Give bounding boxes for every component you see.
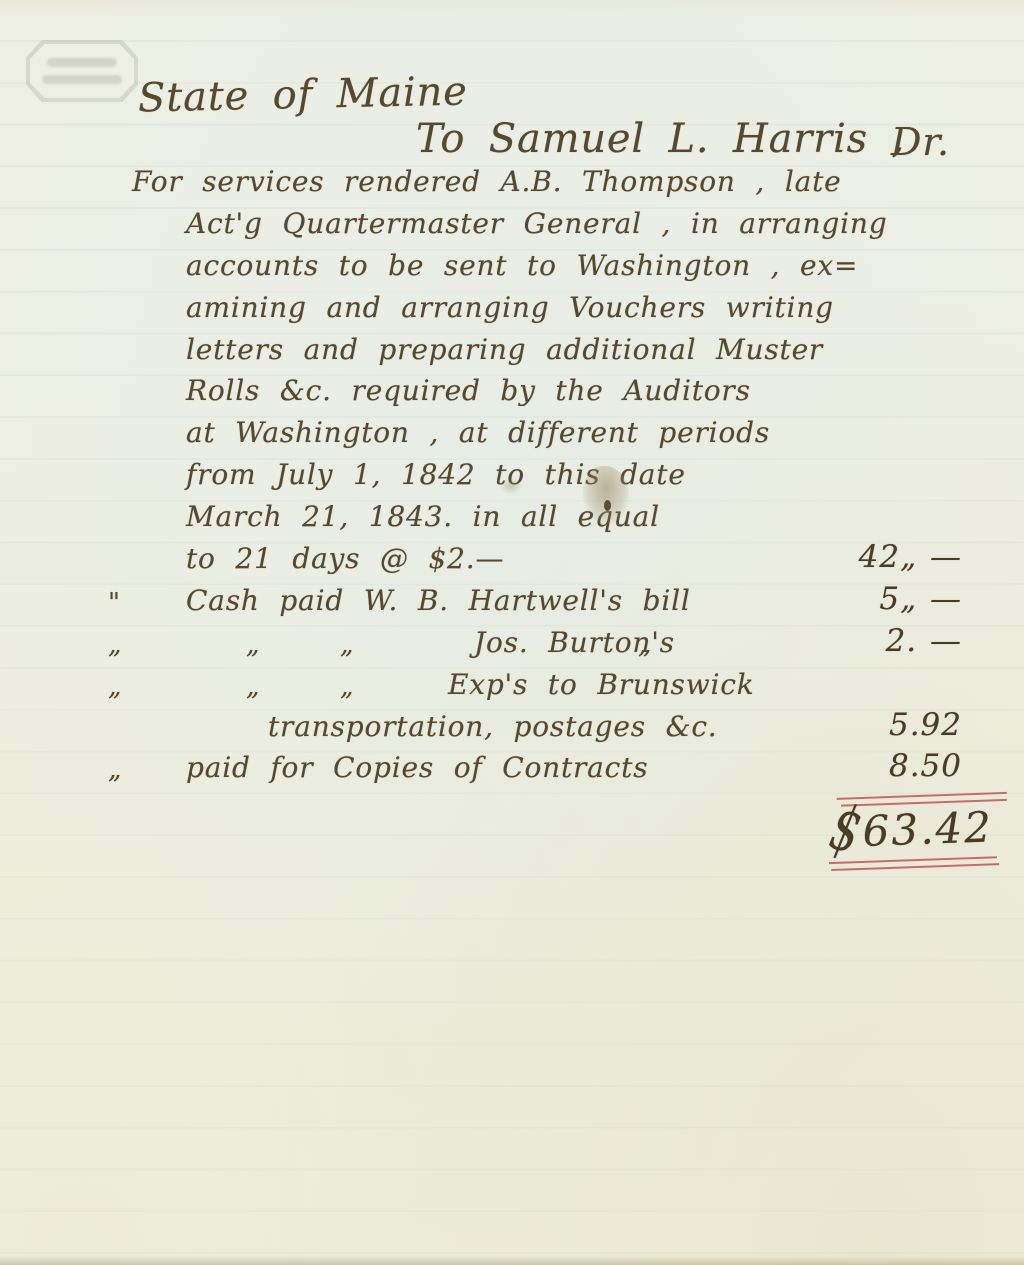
document-line: „paid for Copies of Contracts8.50 <box>0 748 1024 790</box>
ditto-mark: „ <box>108 625 122 665</box>
document-line: amining and arranging Vouchers writing <box>0 288 1024 330</box>
ink-stain <box>583 466 629 524</box>
line-text: amining and arranging Vouchers writing <box>186 288 834 328</box>
line-text: letters and preparing additional Muster <box>186 330 823 370</box>
document-line: accounts to be sent to Washington , ex= <box>0 246 1024 288</box>
line-amount: 8.50 <box>889 746 962 786</box>
line-amount: 5.92 <box>889 705 962 745</box>
document-line: „„„Exp's to Brunswick <box>0 665 1024 707</box>
ditto-mark: „ <box>108 750 122 790</box>
line-text: Cash paid W. B. Hartwell's bill <box>186 581 691 621</box>
document-line: „„„„Jos. Burton's2. — <box>0 623 1024 665</box>
ditto-mark: " <box>108 583 121 623</box>
red-rule-bottom <box>831 863 999 871</box>
ditto-mark: „ <box>246 667 260 707</box>
document-line: at Washington , at different periods <box>0 413 1024 455</box>
document-line: "Cash paid W. B. Hartwell's bill5„ — <box>0 581 1024 623</box>
debtor-abbreviation: Dr. <box>891 120 950 164</box>
total-amount: $63.42 <box>831 802 994 857</box>
line-text: paid for Copies of Contracts <box>186 748 648 788</box>
line-text: to 21 days @ $2.— <box>186 539 504 579</box>
document-line: to 21 days @ $2.—42„ — <box>0 539 1024 581</box>
embossed-stamp-inner <box>30 44 134 98</box>
total-value: 63.42 <box>862 802 994 856</box>
line-text: accounts to be sent to Washington , ex= <box>186 246 858 286</box>
line-text: Rolls &c. required by the Auditors <box>186 371 751 411</box>
line-text: at Washington , at different periods <box>186 413 770 453</box>
embossed-stamp <box>26 40 138 102</box>
payee-line: To Samuel L. Harris , <box>416 116 905 162</box>
line-text: Act'g Quartermaster General , in arrangi… <box>186 204 887 244</box>
line-amount: 42„ — <box>859 537 962 577</box>
line-text: Exp's to Brunswick <box>448 665 755 705</box>
line-text: transportation, postages &c. <box>268 707 718 747</box>
ditto-mark: „ <box>340 667 354 707</box>
document-line: letters and preparing additional Muster <box>0 330 1024 372</box>
document-sheet: State of Maine To Samuel L. Harris , Dr.… <box>0 0 1024 1265</box>
line-amount: 2. — <box>886 621 962 661</box>
faint-stain <box>500 478 522 494</box>
document-line: For services rendered A.B. Thompson , la… <box>0 162 1024 204</box>
ditto-mark: „ <box>246 625 260 665</box>
line-text: Jos. Burton's <box>474 623 675 663</box>
embossed-stamp-text-row <box>47 58 118 67</box>
document-lines: For services rendered A.B. Thompson , la… <box>0 162 1024 790</box>
document-heading: State of Maine <box>138 69 469 122</box>
document-line: Rolls &c. required by the Auditors <box>0 371 1024 413</box>
ditto-mark: „ <box>340 625 354 665</box>
embossed-stamp-text-row <box>42 75 121 84</box>
line-text: For services rendered A.B. Thompson , la… <box>132 162 842 202</box>
document-line: Act'g Quartermaster General , in arrangi… <box>0 204 1024 246</box>
line-amount: 5„ — <box>879 579 962 619</box>
document-line: transportation, postages &c.5.92 <box>0 707 1024 749</box>
document-line: March 21, 1843. in all equal <box>0 497 1024 539</box>
ditto-mark: „ <box>108 667 122 707</box>
total-block: $63.42 <box>827 786 1010 878</box>
